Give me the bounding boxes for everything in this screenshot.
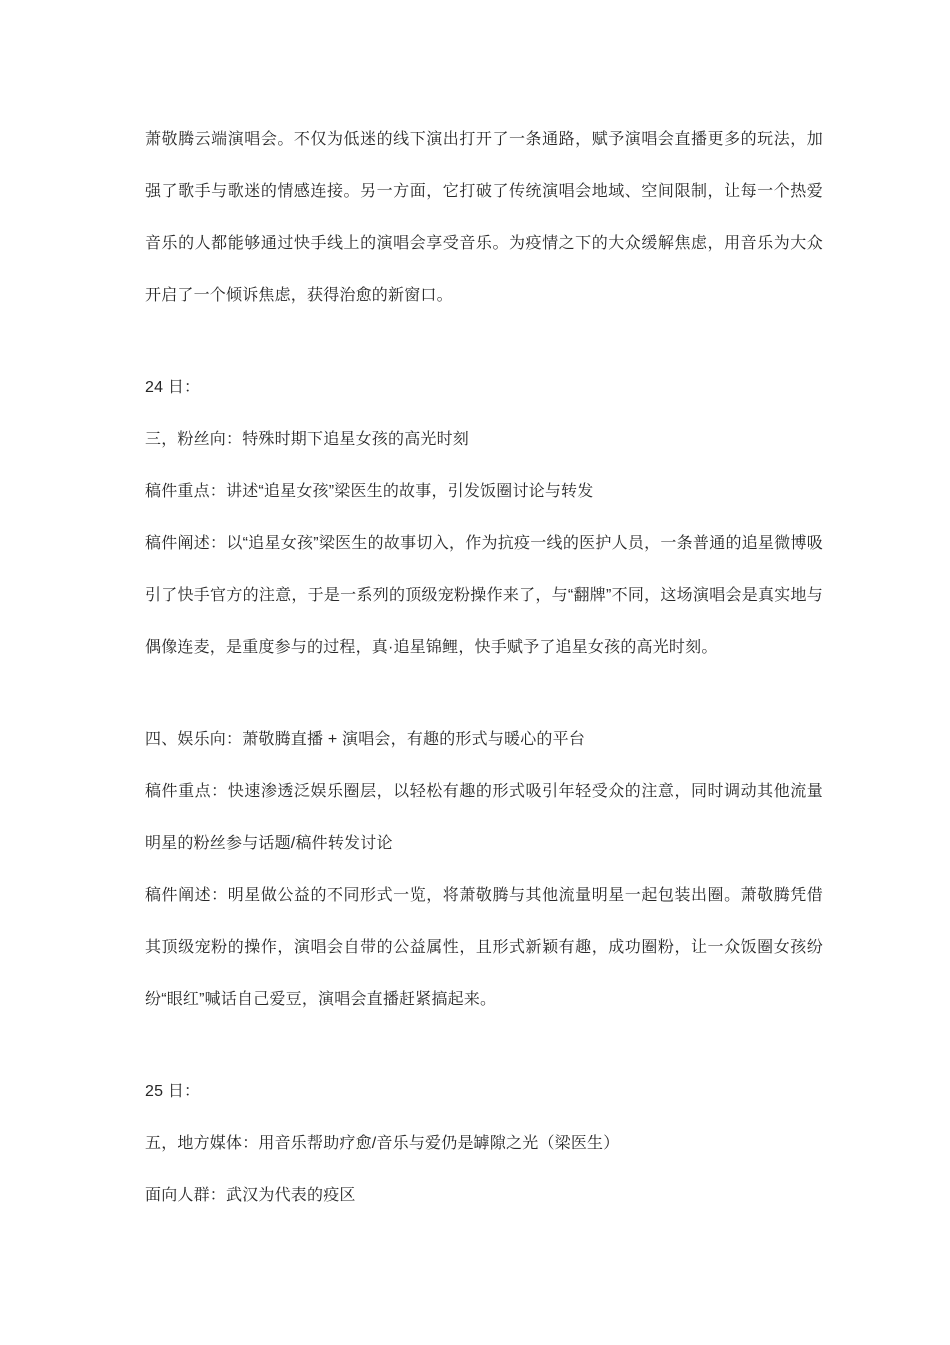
paragraph: 稿件阐述：以“追星女孩”梁医生的故事切入，作为抗疫一线的医护人员，一条普通的追星… (145, 518, 823, 674)
document-page: 萧敬腾云端演唱会。不仅为低迷的线下演出打开了一条通路，赋予演唱会直播更多的玩法，… (0, 0, 950, 1345)
blank-line (145, 674, 823, 714)
paragraph: 稿件重点：快速渗透泛娱乐圈层，以轻松有趣的形式吸引年轻受众的注意，同时调动其他流… (145, 766, 823, 870)
paragraph: 五，地方媒体：用音乐帮助疗愈/音乐与爱仍是罅隙之光（梁医生） (145, 1118, 823, 1170)
paragraph: 25 日： (145, 1066, 823, 1118)
blank-line (145, 322, 823, 362)
document-text-area: 萧敬腾云端演唱会。不仅为低迷的线下演出打开了一条通路，赋予演唱会直播更多的玩法，… (145, 114, 823, 1222)
paragraph: 24 日： (145, 362, 823, 414)
paragraph: 稿件重点：讲述“追星女孩”梁医生的故事，引发饭圈讨论与转发 (145, 466, 823, 518)
paragraph: 萧敬腾云端演唱会。不仅为低迷的线下演出打开了一条通路，赋予演唱会直播更多的玩法，… (145, 114, 823, 322)
paragraph: 四、娱乐向：萧敬腾直播 + 演唱会，有趣的形式与暖心的平台 (145, 714, 823, 766)
blank-line (145, 1026, 823, 1066)
paragraph: 三，粉丝向：特殊时期下追星女孩的高光时刻 (145, 414, 823, 466)
paragraph: 稿件阐述：明星做公益的不同形式一览，将萧敬腾与其他流量明星一起包装出圈。萧敬腾凭… (145, 870, 823, 1026)
paragraph: 面向人群：武汉为代表的疫区 (145, 1170, 823, 1222)
